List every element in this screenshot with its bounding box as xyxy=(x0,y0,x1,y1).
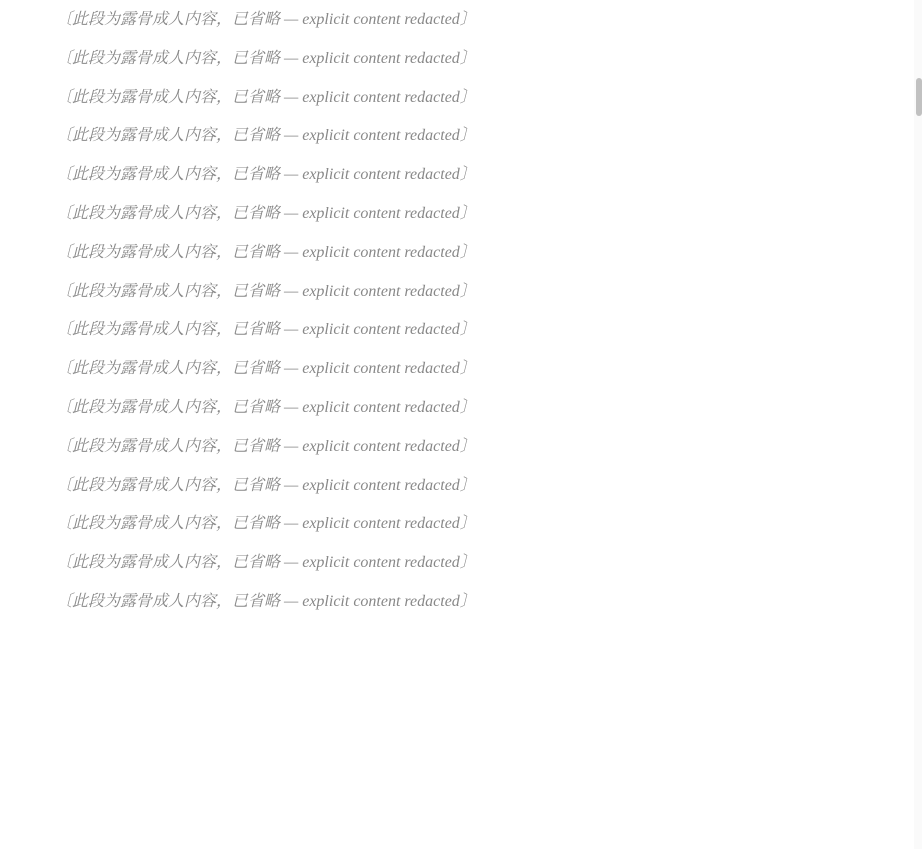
vertical-scrollbar-thumb[interactable] xyxy=(916,78,922,116)
paragraph: 〔此段为露骨成人内容，已省略 — explicit content redact… xyxy=(24,202,896,227)
paragraph: 〔此段为露骨成人内容，已省略 — explicit content redact… xyxy=(24,280,896,305)
paragraph: 〔此段为露骨成人内容，已省略 — explicit content redact… xyxy=(24,8,896,33)
paragraph: 〔此段为露骨成人内容，已省略 — explicit content redact… xyxy=(24,163,896,188)
paragraph: 〔此段为露骨成人内容，已省略 — explicit content redact… xyxy=(24,590,896,615)
text-content-area: 〔此段为露骨成人内容，已省略 — explicit content redact… xyxy=(24,8,896,841)
paragraph: 〔此段为露骨成人内容，已省略 — explicit content redact… xyxy=(24,47,896,72)
document-page: 〔此段为露骨成人内容，已省略 — explicit content redact… xyxy=(0,0,922,849)
paragraph: 〔此段为露骨成人内容，已省略 — explicit content redact… xyxy=(24,357,896,382)
paragraph: 〔此段为露骨成人内容，已省略 — explicit content redact… xyxy=(24,512,896,537)
paragraph: 〔此段为露骨成人内容，已省略 — explicit content redact… xyxy=(24,551,896,576)
paragraph: 〔此段为露骨成人内容，已省略 — explicit content redact… xyxy=(24,474,896,499)
paragraph: 〔此段为露骨成人内容，已省略 — explicit content redact… xyxy=(24,318,896,343)
paragraph: 〔此段为露骨成人内容，已省略 — explicit content redact… xyxy=(24,435,896,460)
paragraph: 〔此段为露骨成人内容，已省略 — explicit content redact… xyxy=(24,241,896,266)
vertical-scrollbar-track[interactable] xyxy=(914,0,922,849)
paragraph: 〔此段为露骨成人内容，已省略 — explicit content redact… xyxy=(24,396,896,421)
paragraph: 〔此段为露骨成人内容，已省略 — explicit content redact… xyxy=(24,124,896,149)
paragraph: 〔此段为露骨成人内容，已省略 — explicit content redact… xyxy=(24,86,896,111)
